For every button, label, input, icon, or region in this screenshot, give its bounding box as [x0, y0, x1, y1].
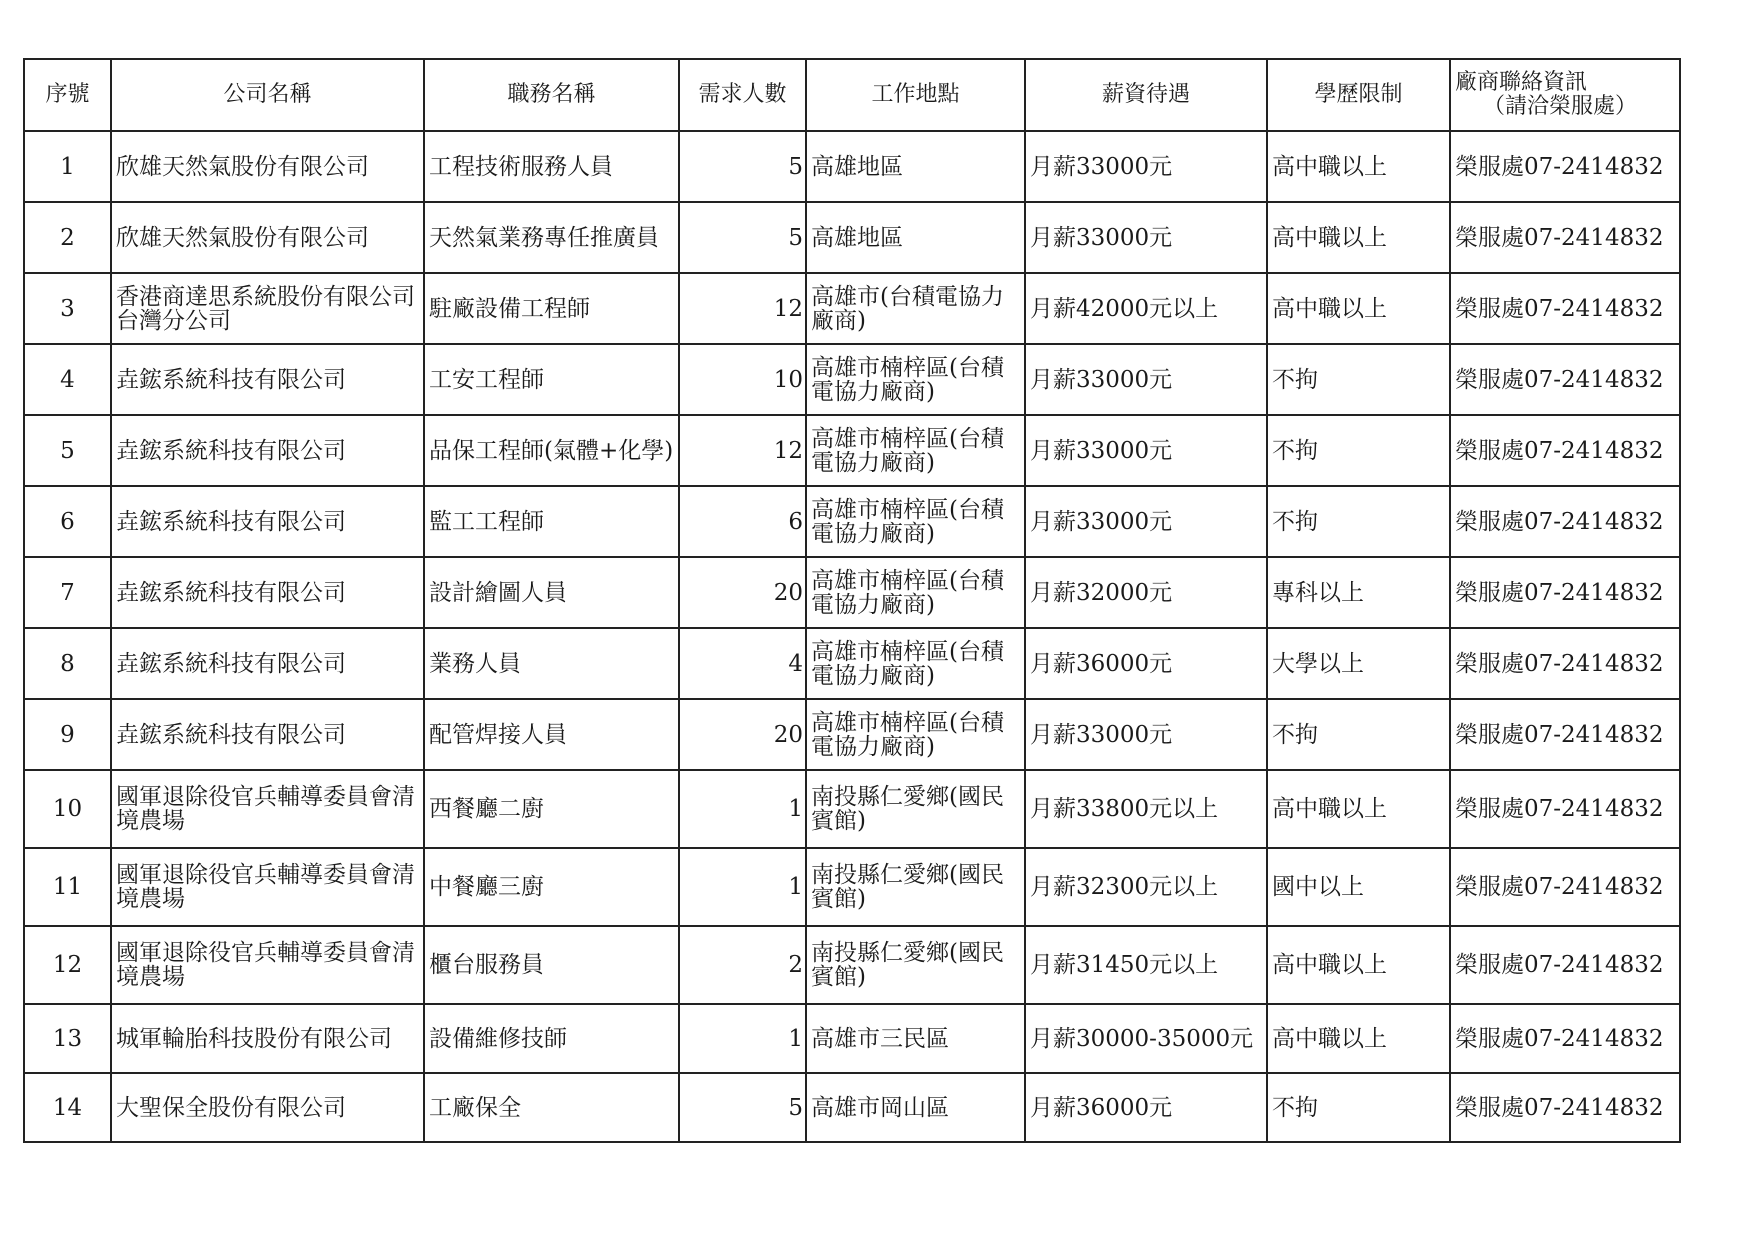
table-row: 14大聖保全股份有限公司工廠保全5高雄市岡山區月薪36000元不拘榮服處07-2…: [24, 1073, 1680, 1142]
cell-no: 10: [24, 770, 111, 848]
cell-no: 8: [24, 628, 111, 699]
table-row: 1欣雄天然氣股份有限公司工程技術服務人員5高雄地區月薪33000元高中職以上榮服…: [24, 131, 1680, 202]
cell-salary: 月薪33000元: [1025, 699, 1267, 770]
cell-salary: 月薪31450元以上: [1025, 926, 1267, 1004]
cell-contact: 榮服處07-2414832: [1450, 202, 1680, 273]
cell-location: 高雄市楠梓區(台積電協力廠商): [806, 699, 1025, 770]
table-row: 13城軍輪胎科技股份有限公司設備維修技師1高雄市三民區月薪30000-35000…: [24, 1004, 1680, 1073]
cell-education: 國中以上: [1267, 848, 1450, 926]
cell-education: 專科以上: [1267, 557, 1450, 628]
cell-count: 20: [679, 699, 806, 770]
cell-no: 6: [24, 486, 111, 557]
cell-count: 5: [679, 131, 806, 202]
cell-contact: 榮服處07-2414832: [1450, 628, 1680, 699]
table-row: 6垚鋐系統科技有限公司監工工程師6高雄市楠梓區(台積電協力廠商)月薪33000元…: [24, 486, 1680, 557]
cell-title: 工安工程師: [424, 344, 679, 415]
cell-company: 垚鋐系統科技有限公司: [111, 628, 424, 699]
cell-title: 工廠保全: [424, 1073, 679, 1142]
cell-no: 13: [24, 1004, 111, 1073]
cell-contact: 榮服處07-2414832: [1450, 273, 1680, 344]
cell-location: 南投縣仁愛鄉(國民賓館): [806, 770, 1025, 848]
cell-location: 南投縣仁愛鄉(國民賓館): [806, 848, 1025, 926]
cell-education: 不拘: [1267, 486, 1450, 557]
cell-title: 駐廠設備工程師: [424, 273, 679, 344]
cell-no: 14: [24, 1073, 111, 1142]
cell-count: 10: [679, 344, 806, 415]
cell-education: 不拘: [1267, 415, 1450, 486]
cell-no: 12: [24, 926, 111, 1004]
cell-contact: 榮服處07-2414832: [1450, 557, 1680, 628]
cell-education: 大學以上: [1267, 628, 1450, 699]
table-row: 9垚鋐系統科技有限公司配管焊接人員20高雄市楠梓區(台積電協力廠商)月薪3300…: [24, 699, 1680, 770]
cell-education: 高中職以上: [1267, 770, 1450, 848]
cell-contact: 榮服處07-2414832: [1450, 415, 1680, 486]
cell-location: 高雄市三民區: [806, 1004, 1025, 1073]
table-body: 1欣雄天然氣股份有限公司工程技術服務人員5高雄地區月薪33000元高中職以上榮服…: [24, 131, 1680, 1142]
cell-salary: 月薪36000元: [1025, 1073, 1267, 1142]
cell-salary: 月薪33000元: [1025, 415, 1267, 486]
header-education: 學歷限制: [1267, 59, 1450, 131]
cell-contact: 榮服處07-2414832: [1450, 131, 1680, 202]
cell-title: 中餐廳三廚: [424, 848, 679, 926]
cell-count: 1: [679, 770, 806, 848]
cell-title: 業務人員: [424, 628, 679, 699]
cell-salary: 月薪33000元: [1025, 344, 1267, 415]
job-openings-table: 序號 公司名稱 職務名稱 需求人數 工作地點 薪資待遇 學歷限制 廠商聯絡資訊 …: [23, 58, 1681, 1143]
table-row: 5垚鋐系統科技有限公司品保工程師(氣體+化學)12高雄市楠梓區(台積電協力廠商)…: [24, 415, 1680, 486]
cell-company: 欣雄天然氣股份有限公司: [111, 202, 424, 273]
cell-education: 高中職以上: [1267, 202, 1450, 273]
cell-education: 高中職以上: [1267, 926, 1450, 1004]
table-row: 4垚鋐系統科技有限公司工安工程師10高雄市楠梓區(台積電協力廠商)月薪33000…: [24, 344, 1680, 415]
cell-location: 南投縣仁愛鄉(國民賓館): [806, 926, 1025, 1004]
cell-count: 6: [679, 486, 806, 557]
cell-education: 不拘: [1267, 344, 1450, 415]
header-company: 公司名稱: [111, 59, 424, 131]
cell-title: 工程技術服務人員: [424, 131, 679, 202]
cell-contact: 榮服處07-2414832: [1450, 926, 1680, 1004]
cell-count: 1: [679, 1004, 806, 1073]
cell-company: 大聖保全股份有限公司: [111, 1073, 424, 1142]
cell-salary: 月薪33800元以上: [1025, 770, 1267, 848]
cell-company: 城軍輪胎科技股份有限公司: [111, 1004, 424, 1073]
cell-contact: 榮服處07-2414832: [1450, 699, 1680, 770]
cell-count: 1: [679, 848, 806, 926]
table-row: 12國軍退除役官兵輔導委員會清境農場櫃台服務員2南投縣仁愛鄉(國民賓館)月薪31…: [24, 926, 1680, 1004]
cell-company: 垚鋐系統科技有限公司: [111, 344, 424, 415]
cell-contact: 榮服處07-2414832: [1450, 1004, 1680, 1073]
table-row: 8垚鋐系統科技有限公司業務人員4高雄市楠梓區(台積電協力廠商)月薪36000元大…: [24, 628, 1680, 699]
cell-count: 12: [679, 273, 806, 344]
cell-title: 設計繪圖人員: [424, 557, 679, 628]
cell-title: 西餐廳二廚: [424, 770, 679, 848]
header-no: 序號: [24, 59, 111, 131]
cell-title: 配管焊接人員: [424, 699, 679, 770]
cell-education: 不拘: [1267, 699, 1450, 770]
cell-title: 監工工程師: [424, 486, 679, 557]
table-row: 7垚鋐系統科技有限公司設計繪圖人員20高雄市楠梓區(台積電協力廠商)月薪3200…: [24, 557, 1680, 628]
cell-location: 高雄市岡山區: [806, 1073, 1025, 1142]
cell-count: 2: [679, 926, 806, 1004]
table-row: 10國軍退除役官兵輔導委員會清境農場西餐廳二廚1南投縣仁愛鄉(國民賓館)月薪33…: [24, 770, 1680, 848]
cell-company: 香港商達思系統股份有限公司台灣分公司: [111, 273, 424, 344]
cell-count: 5: [679, 1073, 806, 1142]
cell-location: 高雄地區: [806, 131, 1025, 202]
cell-no: 7: [24, 557, 111, 628]
cell-salary: 月薪32300元以上: [1025, 848, 1267, 926]
table-row: 3香港商達思系統股份有限公司台灣分公司駐廠設備工程師12高雄市(台積電協力廠商)…: [24, 273, 1680, 344]
cell-contact: 榮服處07-2414832: [1450, 486, 1680, 557]
cell-no: 11: [24, 848, 111, 926]
header-contact: 廠商聯絡資訊 （請洽榮服處）: [1450, 59, 1680, 131]
cell-company: 垚鋐系統科技有限公司: [111, 699, 424, 770]
cell-title: 設備維修技師: [424, 1004, 679, 1073]
cell-company: 國軍退除役官兵輔導委員會清境農場: [111, 770, 424, 848]
cell-company: 垚鋐系統科技有限公司: [111, 557, 424, 628]
table-row: 2欣雄天然氣股份有限公司天然氣業務專任推廣員5高雄地區月薪33000元高中職以上…: [24, 202, 1680, 273]
header-contact-line1: 廠商聯絡資訊: [1455, 71, 1675, 95]
cell-count: 20: [679, 557, 806, 628]
cell-location: 高雄市楠梓區(台積電協力廠商): [806, 486, 1025, 557]
cell-location: 高雄市楠梓區(台積電協力廠商): [806, 628, 1025, 699]
cell-salary: 月薪33000元: [1025, 202, 1267, 273]
cell-count: 4: [679, 628, 806, 699]
cell-location: 高雄市楠梓區(台積電協力廠商): [806, 415, 1025, 486]
cell-no: 3: [24, 273, 111, 344]
cell-company: 垚鋐系統科技有限公司: [111, 486, 424, 557]
cell-education: 高中職以上: [1267, 273, 1450, 344]
cell-salary: 月薪32000元: [1025, 557, 1267, 628]
header-count: 需求人數: [679, 59, 806, 131]
cell-contact: 榮服處07-2414832: [1450, 770, 1680, 848]
cell-contact: 榮服處07-2414832: [1450, 344, 1680, 415]
cell-no: 1: [24, 131, 111, 202]
cell-no: 5: [24, 415, 111, 486]
header-location: 工作地點: [806, 59, 1025, 131]
cell-count: 12: [679, 415, 806, 486]
cell-no: 9: [24, 699, 111, 770]
cell-salary: 月薪36000元: [1025, 628, 1267, 699]
cell-contact: 榮服處07-2414832: [1450, 848, 1680, 926]
cell-location: 高雄市楠梓區(台積電協力廠商): [806, 557, 1025, 628]
cell-salary: 月薪33000元: [1025, 131, 1267, 202]
cell-salary: 月薪42000元以上: [1025, 273, 1267, 344]
header-salary: 薪資待遇: [1025, 59, 1267, 131]
cell-education: 不拘: [1267, 1073, 1450, 1142]
cell-education: 高中職以上: [1267, 1004, 1450, 1073]
cell-title: 櫃台服務員: [424, 926, 679, 1004]
cell-no: 4: [24, 344, 111, 415]
cell-contact: 榮服處07-2414832: [1450, 1073, 1680, 1142]
cell-company: 國軍退除役官兵輔導委員會清境農場: [111, 848, 424, 926]
header-title: 職務名稱: [424, 59, 679, 131]
cell-company: 國軍退除役官兵輔導委員會清境農場: [111, 926, 424, 1004]
cell-no: 2: [24, 202, 111, 273]
table-header-row: 序號 公司名稱 職務名稱 需求人數 工作地點 薪資待遇 學歷限制 廠商聯絡資訊 …: [24, 59, 1680, 131]
cell-location: 高雄地區: [806, 202, 1025, 273]
cell-location: 高雄市(台積電協力廠商): [806, 273, 1025, 344]
cell-company: 欣雄天然氣股份有限公司: [111, 131, 424, 202]
table-row: 11國軍退除役官兵輔導委員會清境農場中餐廳三廚1南投縣仁愛鄉(國民賓館)月薪32…: [24, 848, 1680, 926]
cell-company: 垚鋐系統科技有限公司: [111, 415, 424, 486]
cell-title: 品保工程師(氣體+化學): [424, 415, 679, 486]
header-contact-line2: （請洽榮服處）: [1455, 95, 1675, 119]
cell-location: 高雄市楠梓區(台積電協力廠商): [806, 344, 1025, 415]
cell-salary: 月薪30000-35000元: [1025, 1004, 1267, 1073]
cell-salary: 月薪33000元: [1025, 486, 1267, 557]
cell-title: 天然氣業務專任推廣員: [424, 202, 679, 273]
cell-education: 高中職以上: [1267, 131, 1450, 202]
cell-count: 5: [679, 202, 806, 273]
